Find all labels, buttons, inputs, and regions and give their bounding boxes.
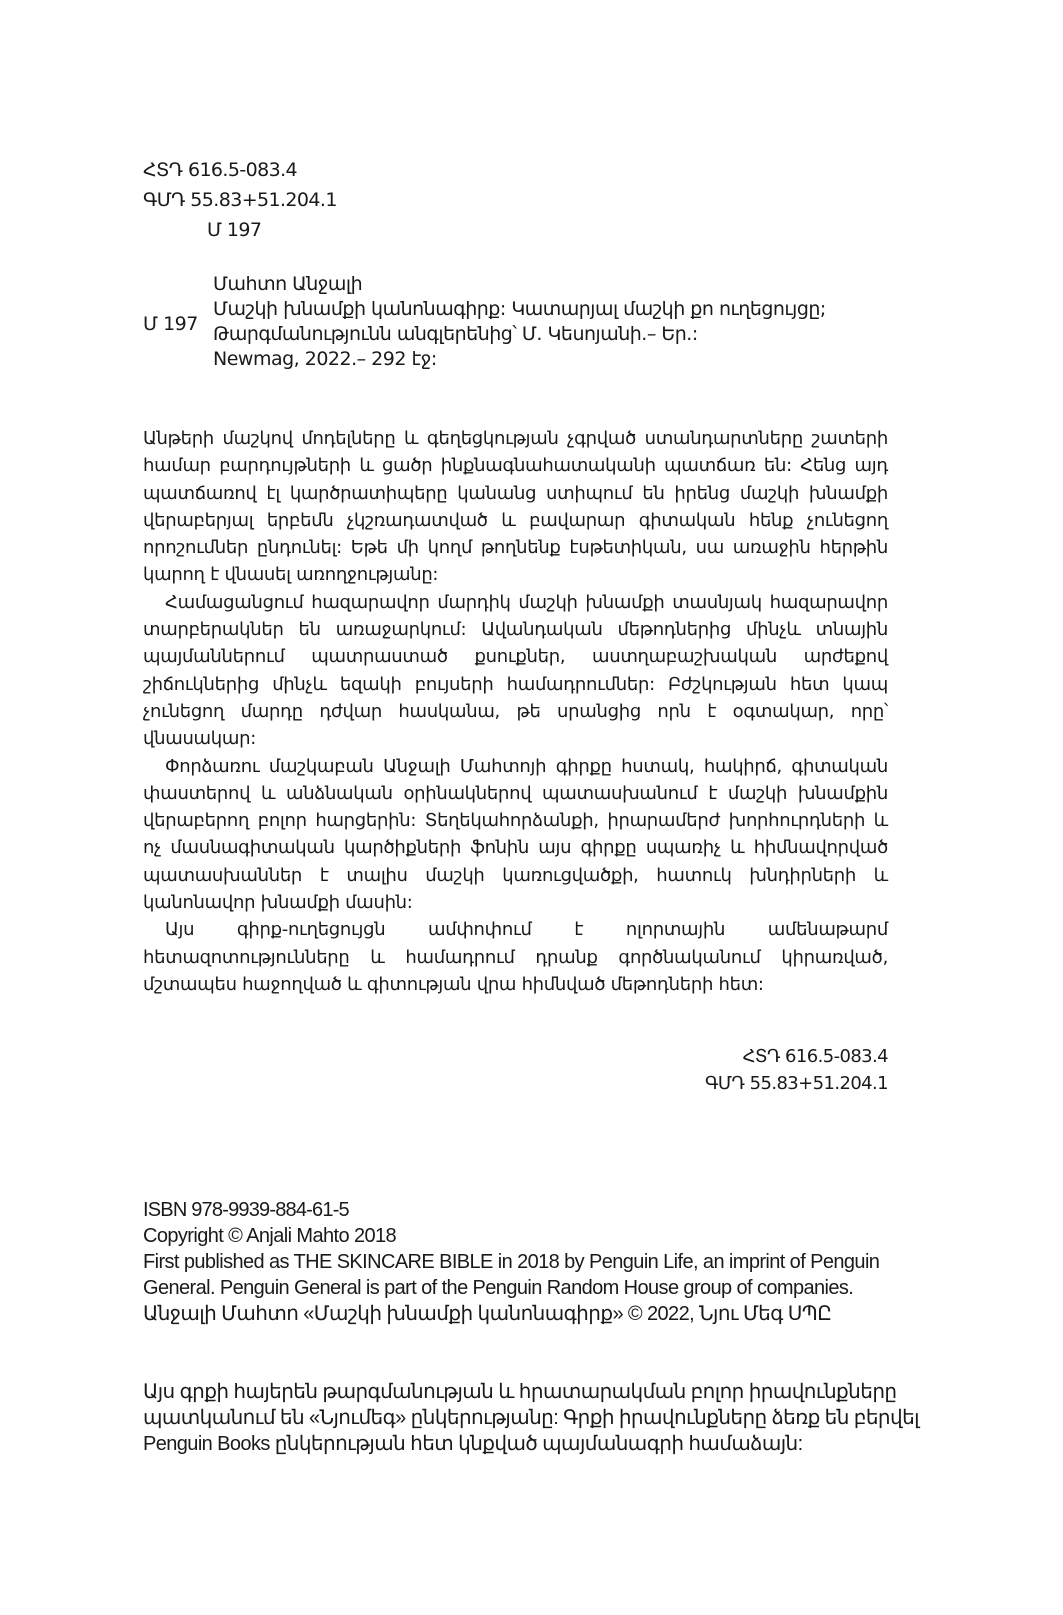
catalog-code: Մ 197 (143, 312, 198, 337)
rights-block: ISBN 978-9939-884-61-5 Copyright © Anjal… (143, 1197, 943, 1327)
classification-top: ՀՏԴ 616.5-083.4 ԳՄԴ 55.83+51.204.1 Մ 197 (143, 155, 337, 245)
catalog-title: Մաշկի խնամքի կանոնագիրք: Կատարյալ մաշկի … (213, 297, 923, 322)
abstract: Անթերի մաշկով մոդելները և գեղեցկության չ… (143, 425, 888, 998)
translation-rights-line: Penguin Books ընկերության հետ կնքված պայ… (143, 1431, 943, 1457)
lbc-code: ԳՄԴ 55.83+51.204.1 (705, 1070, 888, 1097)
translation-rights-line: Այս գրքի հայերեն թարգմանության և հրատարա… (143, 1379, 943, 1405)
isbn: ISBN 978-9939-884-61-5 (143, 1197, 943, 1223)
copyright: Copyright © Anjali Mahto 2018 (143, 1223, 943, 1249)
abstract-paragraph: Փորձառու մաշկաբան Անջալի Մահտոյի գիրքը հ… (143, 753, 888, 917)
translation-rights: Այս գրքի հայերեն թարգմանության և հրատարա… (143, 1379, 943, 1457)
abstract-paragraph: Համացանցում հազարավոր մարդիկ մաշկի խնամք… (143, 589, 888, 753)
lbc-code: ԳՄԴ 55.83+51.204.1 (143, 185, 337, 215)
catalog-publisher: Newmag, 2022.– 292 էջ: (213, 347, 923, 372)
udc-code: ՀՏԴ 616.5-083.4 (143, 155, 337, 185)
first-published-line-1: First published as THE SKINCARE BIBLE in… (143, 1249, 943, 1275)
udc-code: ՀՏԴ 616.5-083.4 (705, 1043, 888, 1070)
translation-rights-line: պատկանում են «Նյումեգ» ընկերությանը: Գրք… (143, 1405, 943, 1431)
catalog-author: Մահտո Անջալի (213, 272, 923, 297)
classification-bottom: ՀՏԴ 616.5-083.4 ԳՄԴ 55.83+51.204.1 (705, 1043, 888, 1097)
author-mark: Մ 197 (143, 215, 337, 245)
abstract-paragraph: Անթերի մաշկով մոդելները և գեղեցկության չ… (143, 425, 888, 589)
catalog-translation: Թարգմանությունն անգլերենից՝ Մ. Կեսոյանի.… (213, 322, 923, 347)
abstract-paragraph: Այս գիրք-ուղեցույցն ամփոփում է ոլորտային… (143, 916, 888, 998)
armenian-copyright: Անջալի Մահտո «Մաշկի խնամքի կանոնագիրք» ©… (143, 1301, 943, 1327)
catalog-card: Մ 197 Մահտո Անջալի Մաշկի խնամքի կանոնագի… (143, 272, 923, 372)
first-published-line-2: General. Penguin General is part of the … (143, 1275, 943, 1301)
